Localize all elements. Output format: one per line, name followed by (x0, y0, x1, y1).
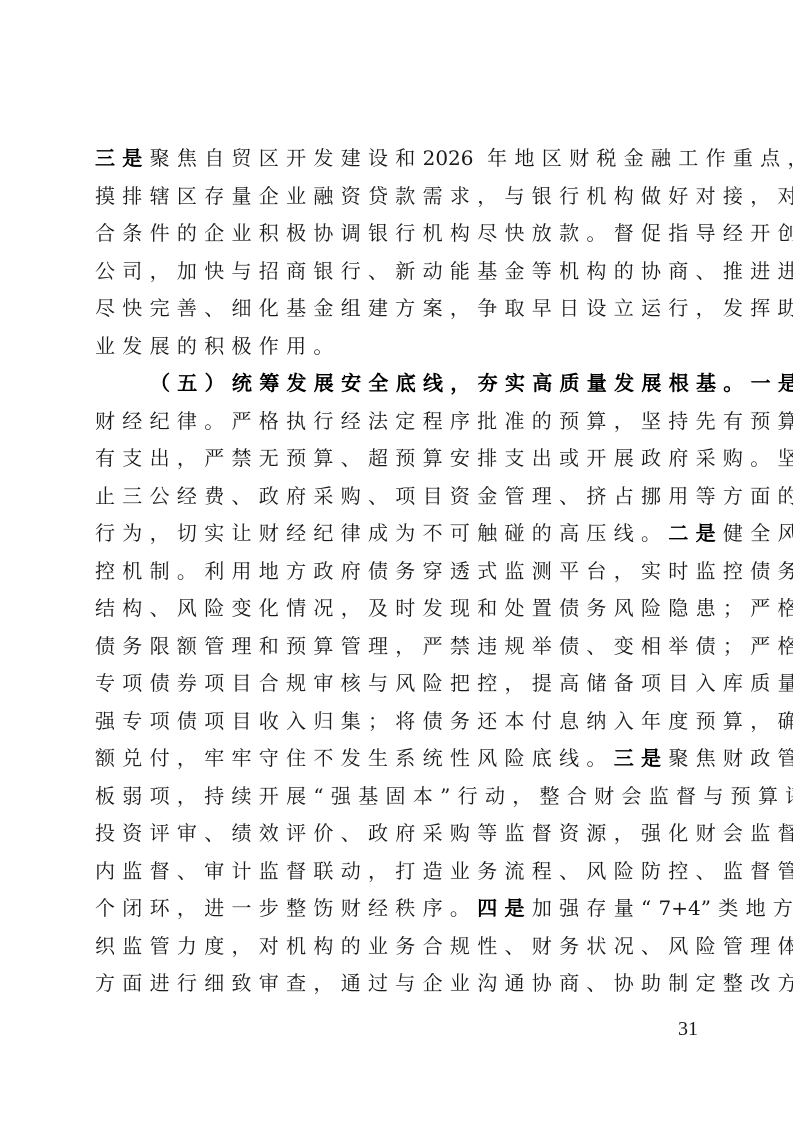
paragraph-line: 财经纪律。严格执行经法定程序批准的预算，坚持先有预算、后 (95, 403, 705, 441)
paragraph-line: 额兑付，牢牢守住不发生系统性风险底线。三是聚焦财政管理短 (95, 740, 705, 778)
text-segment: 个闭环，进一步整饬财经秩序。 (95, 896, 477, 920)
text-segment: 额兑付，牢牢守住不发生系统性风险底线。 (95, 746, 614, 770)
text-segment: 结构、风险变化情况，及时发现和处置债务风险隐患；严格执行 (95, 596, 793, 620)
text-segment: 强专项债项目收入归集；将债务还本付息纳入年度预算，确保足 (95, 709, 793, 733)
document-page: 三是聚焦自贸区开发建设和2026 年地区财税金融工作重点，持续摸排辖区存量企业融… (0, 0, 793, 1122)
text-segment: 方面进行细致审查，通过与企业沟通协商、协助制定整改方案等 (95, 971, 793, 995)
paragraph-line: 板弱项，持续开展“强基固本”行动，整合财会监督与预算评审、 (95, 778, 705, 816)
page-number: 31 (678, 1018, 698, 1041)
body-text: 三是聚焦自贸区开发建设和2026 年地区财税金融工作重点，持续摸排辖区存量企业融… (95, 140, 705, 1003)
paragraph-line: 个闭环，进一步整饬财经秩序。四是加强存量“7+4”类地方金融组 (95, 890, 705, 928)
paragraph-line: 业发展的积极作用。 (95, 328, 705, 366)
paragraph-line: 内监督、审计监督联动，打造业务流程、风险防控、监督管理三 (95, 853, 705, 891)
paragraph-line: 合条件的企业积极协调银行机构尽快放款。督促指导经开创新投 (95, 215, 705, 253)
paragraph-line: 债务限额管理和预算管理，严禁违规举债、变相举债；严格政府 (95, 628, 705, 666)
bold-lead-text: 四是 (477, 896, 532, 920)
paragraph-line: 三是聚焦自贸区开发建设和2026 年地区财税金融工作重点，持续 (95, 140, 705, 178)
text-segment: 专项债券项目合规审核与风险把控，提高储备项目入库质量，加 (95, 671, 793, 695)
text-segment: 有支出，严禁无预算、超预算安排支出或开展政府采购。坚决防 (95, 446, 793, 470)
text-segment: 内监督、审计监督联动，打造业务流程、风险防控、监督管理三 (95, 859, 793, 883)
text-segment: 公司，加快与招商银行、新动能基金等机构的协商、推进进度， (95, 259, 793, 283)
text-segment: ”类地方金融组 (701, 896, 793, 920)
paragraph-line: 有支出，严禁无预算、超预算安排支出或开展政府采购。坚决防 (95, 440, 705, 478)
paragraph-line: 公司，加快与招商银行、新动能基金等机构的协商、推进进度， (95, 253, 705, 291)
paragraph-line: 结构、风险变化情况，及时发现和处置债务风险隐患；严格执行 (95, 590, 705, 628)
text-segment: 控机制。利用地方政府债务穿透式监测平台，实时监控债务规模、 (95, 559, 793, 583)
text-segment: 行为，切实让财经纪律成为不可触碰的高压线。 (95, 521, 668, 545)
paragraph-line: 行为，切实让财经纪律成为不可触碰的高压线。二是健全风险防 (95, 515, 705, 553)
paragraph-line: 摸排辖区存量企业融资贷款需求，与银行机构做好对接，对于符 (95, 178, 705, 216)
text-segment: 聚焦自贸区开发建设和 (150, 146, 423, 170)
bold-lead-text: 三是 (614, 746, 669, 770)
text-segment: 织监管力度，对机构的业务合规性、财务状况、风险管理体系等 (95, 934, 793, 958)
text-segment: 合条件的企业积极协调银行机构尽快放款。督促指导经开创新投 (95, 221, 793, 245)
paragraph-line: 强专项债项目收入归集；将债务还本付息纳入年度预算，确保足 (95, 703, 705, 741)
paragraph-line: 专项债券项目合规审核与风险把控，提高储备项目入库质量，加 (95, 665, 705, 703)
paragraph-line: 尽快完善、细化基金组建方案，争取早日设立运行，发挥助力产 (95, 290, 705, 328)
text-segment: 摸排辖区存量企业融资贷款需求，与银行机构做好对接，对于符 (95, 184, 793, 208)
text-segment: 业发展的积极作用。 (95, 334, 341, 358)
text-segment: 板弱项，持续开展“强基固本”行动，整合财会监督与预算评审、 (95, 784, 793, 808)
bold-lead-text: 二是 (668, 521, 723, 545)
section-heading-line: （五）统筹发展安全底线，夯实高质量发展根基。一是严肃 (95, 365, 705, 403)
text-segment: 尽快完善、细化基金组建方案，争取早日设立运行，发挥助力产 (95, 296, 793, 320)
text-segment: 健全风险防 (723, 521, 793, 545)
bold-lead-text: 三是 (95, 146, 150, 170)
text-segment: 投资评审、绩效评价、政府采购等监督资源，强化财会监督与党 (95, 821, 793, 845)
text-segment: 7+4 (659, 896, 701, 920)
text-segment: 止三公经费、政府采购、项目资金管理、挤占挪用等方面的违规 (95, 484, 793, 508)
paragraph-line: 投资评审、绩效评价、政府采购等监督资源，强化财会监督与党 (95, 815, 705, 853)
text-segment: 2026 (423, 146, 474, 170)
paragraph-line: 控机制。利用地方政府债务穿透式监测平台，实时监控债务规模、 (95, 553, 705, 591)
text-segment: 加强存量“ (532, 896, 659, 920)
text-segment: 聚焦财政管理短 (668, 746, 793, 770)
bold-lead-text: （五）统筹发展安全底线，夯实高质量发展根基。一是 (150, 371, 793, 395)
text-segment: 年地区财税金融工作重点，持续 (474, 146, 793, 170)
paragraph-line: 织监管力度，对机构的业务合规性、财务状况、风险管理体系等 (95, 928, 705, 966)
paragraph-line: 止三公经费、政府采购、项目资金管理、挤占挪用等方面的违规 (95, 478, 705, 516)
text-segment: 财经纪律。严格执行经法定程序批准的预算，坚持先有预算、后 (95, 409, 793, 433)
paragraph-line: 方面进行细致审查，通过与企业沟通协商、协助制定整改方案等 (95, 965, 705, 1003)
text-segment: 债务限额管理和预算管理，严禁违规举债、变相举债；严格政府 (95, 634, 793, 658)
